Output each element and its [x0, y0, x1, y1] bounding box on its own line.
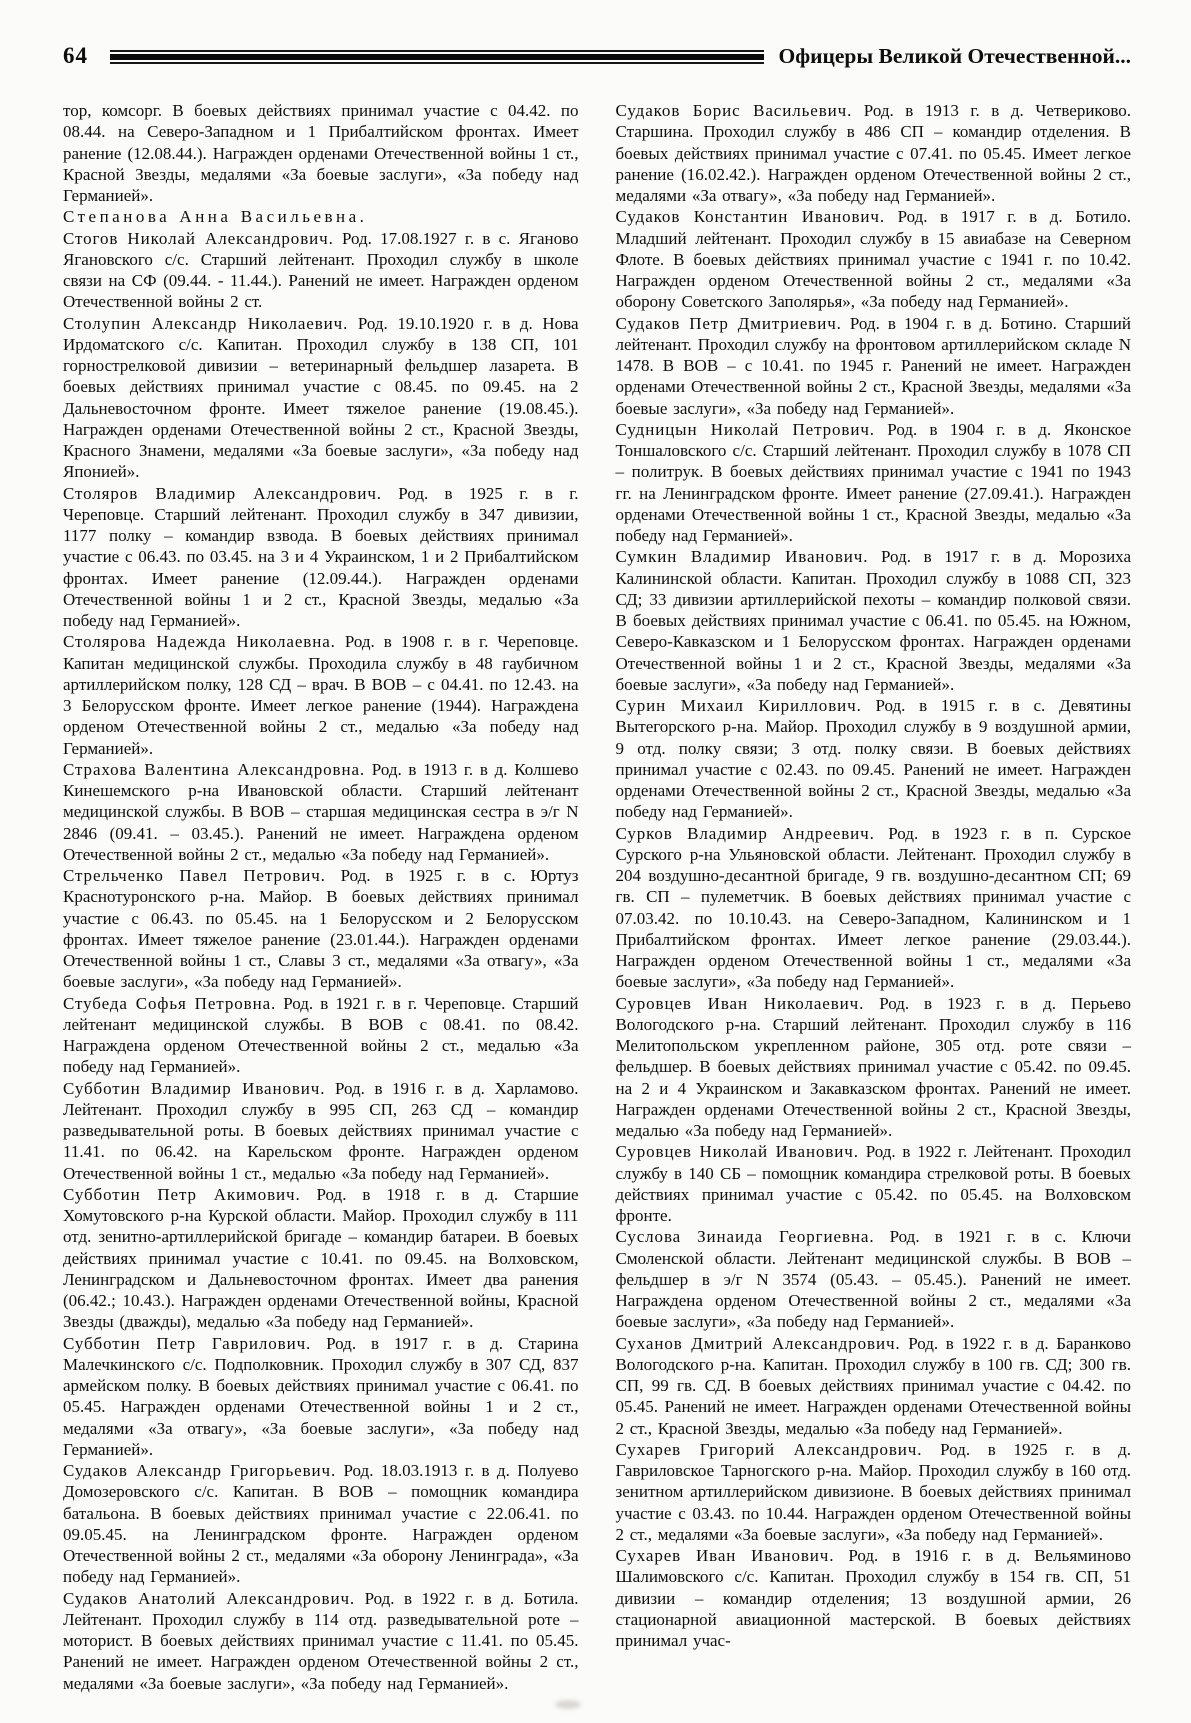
entry-name: Судаков Петр Дмитриевич.	[616, 314, 842, 333]
entry-name: Судаков Александр Григорьевич.	[63, 1461, 336, 1480]
header-rule	[110, 50, 764, 64]
entry-name: Степанова Анна Васильевна.	[63, 207, 367, 226]
entry-name: Столупин Александр Николаевич.	[63, 314, 348, 333]
entry: Судаков Константин Иванович. Род. в 1917…	[616, 206, 1132, 312]
entry-text: Род. в 1918 г. в д. Старшие Хомутовского…	[63, 1185, 579, 1332]
entry-text: Род. в 1925 г. в г. Череповце. Старший л…	[63, 484, 579, 631]
text-columns: тор, комсорг. В боевых действиях принима…	[63, 100, 1131, 1694]
entry-name: Стрельченко Павел Петрович.	[63, 866, 326, 885]
book-page: 64 Офицеры Великой Отечественной... тор,…	[0, 0, 1191, 1723]
entry-name: Столяров Владимир Александрович.	[63, 484, 382, 503]
entry: Субботин Петр Гаврилович. Род. в 1917 г.…	[63, 1333, 579, 1461]
entry: Сумкин Владимир Иванович. Род. в 1917 г.…	[616, 546, 1132, 695]
entry-name: Субботин Петр Гаврилович.	[63, 1334, 311, 1353]
entry-name: Судаков Борис Васильевич.	[616, 101, 853, 120]
entry-name: Суханов Дмитрий Александрович.	[616, 1334, 901, 1353]
entry: Столупин Александр Николаевич. Род. 19.1…	[63, 313, 579, 483]
entry-name: Сухарев Иван Иванович.	[616, 1546, 835, 1565]
header-rule-bottom	[110, 62, 764, 64]
entry: Степанова Анна Васильевна.	[63, 206, 579, 227]
right-column: Судаков Борис Васильевич. Род. в 1913 г.…	[616, 100, 1132, 1694]
entry-name: Сурин Михаил Кириллович.	[616, 696, 862, 715]
entry: Столяров Владимир Александрович. Род. в …	[63, 483, 579, 632]
header-rule-top	[110, 50, 764, 52]
entry-name: Суслова Зинаида Георгиевна.	[616, 1227, 875, 1246]
entry-name: Стогов Николай Александрович.	[63, 229, 334, 248]
entry-name: Стубеда Софья Петровна.	[63, 994, 276, 1013]
entry-name: Судаков Константин Иванович.	[616, 207, 886, 226]
entry-text: Род. 19.10.1920 г. в д. Нова Ирдоматског…	[63, 314, 579, 482]
entry-name: Суровцев Иван Николаевич.	[616, 994, 865, 1013]
entry: Стубеда Софья Петровна. Род. в 1921 г. в…	[63, 993, 579, 1078]
entry: Суровцев Иван Николаевич. Род. в 1923 г.…	[616, 993, 1132, 1142]
entry-name: Сухарев Григорий Александрович.	[616, 1440, 923, 1459]
entry-name: Сумкин Владимир Иванович.	[616, 547, 869, 566]
entry: Столярова Надежда Николаевна. Род. в 190…	[63, 631, 579, 759]
entry: Судницын Николай Петрович. Род. в 1904 г…	[616, 419, 1132, 547]
entry: Субботин Владимир Иванович. Род. в 1916 …	[63, 1078, 579, 1184]
entry: Судаков Петр Дмитриевич. Род. в 1904 г. …	[616, 313, 1132, 419]
entry-text: Род. в 1923 г. в д. Перьево Вологодского…	[616, 994, 1132, 1141]
left-column: тор, комсорг. В боевых действиях принима…	[63, 100, 579, 1694]
entry: Сурков Владимир Андреевич. Род. в 1923 г…	[616, 823, 1132, 993]
entry: Сухарев Григорий Александрович. Род. в 1…	[616, 1439, 1132, 1545]
entry: Суслова Зинаида Георгиевна. Род. в 1921 …	[616, 1226, 1132, 1332]
entry-text: Род. в 1923 г. в п. Сурское Сурского р-н…	[616, 824, 1132, 992]
entry-text: тор, комсорг. В боевых действиях принима…	[63, 101, 579, 205]
running-title: Офицеры Великой Отечественной...	[778, 44, 1131, 69]
entry-text: Род. в 1917 г. в д. Морозиха Калининской…	[616, 547, 1132, 694]
entry-name: Судницын Николай Петрович.	[616, 420, 875, 439]
entry-name: Субботин Петр Акимович.	[63, 1185, 301, 1204]
entry-name: Столярова Надежда Николаевна.	[63, 632, 336, 651]
entry: тор, комсорг. В боевых действиях принима…	[63, 100, 579, 206]
page-number: 64	[63, 43, 88, 69]
entry: Сухарев Иван Иванович. Род. в 1916 г. в …	[616, 1545, 1132, 1651]
entry-name: Суровцев Николай Иванович.	[616, 1142, 859, 1161]
entry: Судаков Анатолий Александрович. Род. в 1…	[63, 1588, 579, 1694]
scan-artifact	[555, 1700, 581, 1709]
entry-name: Судаков Анатолий Александрович.	[63, 1589, 355, 1608]
entry-name: Субботин Владимир Иванович.	[63, 1079, 325, 1098]
header-rule-middle	[110, 54, 764, 60]
entry: Субботин Петр Акимович. Род. в 1918 г. в…	[63, 1184, 579, 1333]
entry-name: Страхова Валентина Александровна.	[63, 760, 365, 779]
entry: Стрельченко Павел Петрович. Род. в 1925 …	[63, 865, 579, 993]
entry: Судаков Александр Григорьевич. Род. 18.0…	[63, 1460, 579, 1588]
entry: Страхова Валентина Александровна. Род. в…	[63, 759, 579, 865]
entry: Суровцев Николай Иванович. Род. в 1922 г…	[616, 1141, 1132, 1226]
entry: Стогов Николай Александрович. Род. 17.08…	[63, 228, 579, 313]
entry: Суханов Дмитрий Александрович. Род. в 19…	[616, 1333, 1132, 1439]
entry-name: Сурков Владимир Андреевич.	[616, 824, 875, 843]
running-head: 64 Офицеры Великой Отечественной...	[63, 38, 1131, 74]
entry: Сурин Михаил Кириллович. Род. в 1915 г. …	[616, 695, 1132, 823]
entry: Судаков Борис Васильевич. Род. в 1913 г.…	[616, 100, 1132, 206]
